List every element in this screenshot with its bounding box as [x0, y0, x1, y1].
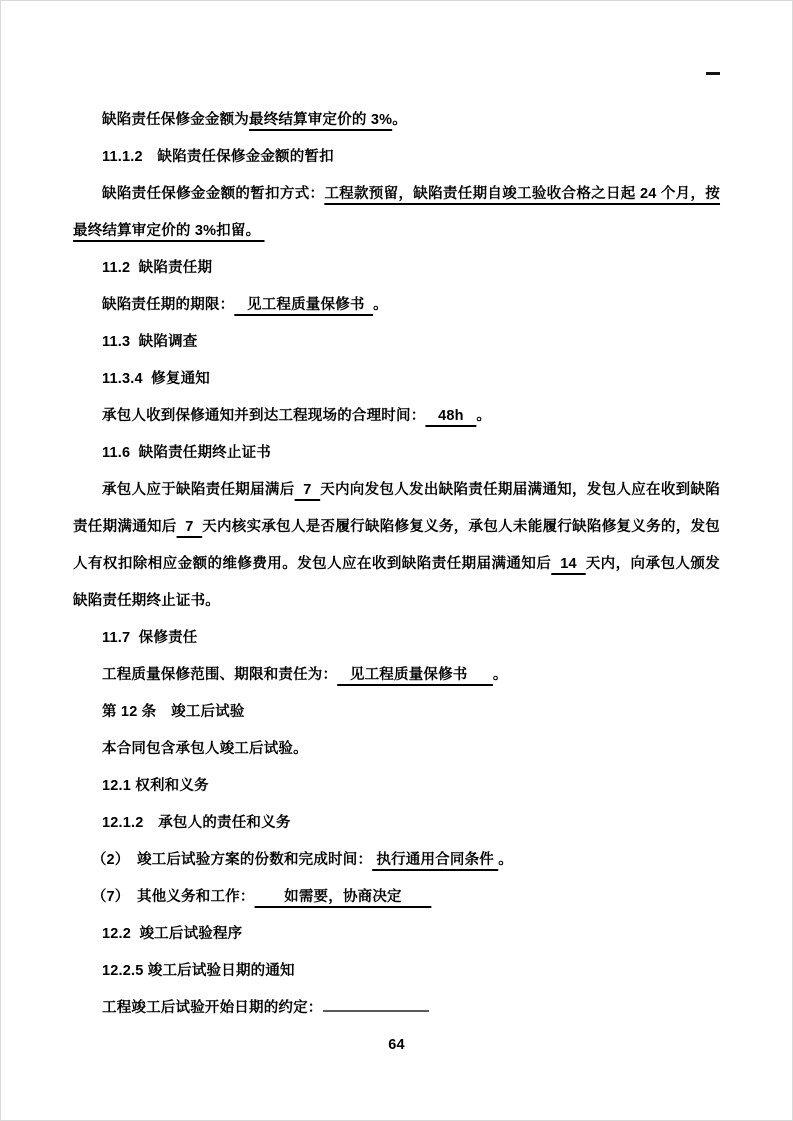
header-dash-icon [706, 72, 720, 75]
text-segment: （7） 其他义务和工作： [92, 889, 255, 905]
text-segment: 。 [498, 852, 513, 868]
text-segment: 承包人收到保修通知并到达工程现场的合理时间： [102, 408, 425, 424]
heading-text: 11.2 缺陷责任期 [102, 260, 212, 276]
heading-11-7: 11.7 保修责任 [73, 620, 720, 657]
heading-text: 11.6 缺陷责任期终止证书 [102, 445, 271, 461]
heading-11-6: 11.6 缺陷责任期终止证书 [73, 435, 720, 472]
heading-text: 11.3 缺陷调查 [102, 334, 197, 350]
heading-11-3-4: 11.3.4 修复通知 [73, 361, 720, 398]
blank-underline [323, 997, 429, 1012]
document-page: 缺陷责任保修金金额为最终结算审定价的 3%。 11.1.2 缺陷责任保修金金额的… [0, 0, 793, 1121]
text-segment: 承包人应于缺陷责任期届满后 [102, 482, 295, 498]
paragraph-test-start-date: 工程竣工后试验开始日期的约定： [73, 990, 720, 1027]
heading-text: 12.2 竣工后试验程序 [102, 926, 242, 942]
heading-text: 11.7 保修责任 [102, 630, 197, 646]
text-segment: 。 [373, 297, 388, 313]
heading-11-1-2: 11.1.2 缺陷责任保修金金额的暂扣 [73, 139, 720, 176]
heading-text: 12.1.2 承包人的责任和义务 [102, 815, 291, 831]
paragraph-defect-liability-period: 缺陷责任期的期限： 见工程质量保修书 。 [73, 287, 720, 324]
text-segment: （2） 竣工后试验方案的份数和完成时间： [92, 852, 372, 868]
underlined-value: 执行通用合同条件 [372, 852, 498, 868]
underlined-value: 见工程质量保修书 [337, 667, 493, 683]
heading-12-1: 12.1 权利和义务 [73, 768, 720, 805]
text-segment: 缺陷责任保修金金额的暂扣方式： [102, 186, 324, 202]
heading-11-3: 11.3 缺陷调查 [73, 324, 720, 361]
underlined-value: 7 [177, 519, 203, 535]
heading-11-2: 11.2 缺陷责任期 [73, 250, 720, 287]
paragraph-repair-notice-time: 承包人收到保修通知并到达工程现场的合理时间： 48h 。 [73, 398, 720, 435]
underlined-value: 最终结算审定价的 3% [249, 112, 392, 128]
heading-article-12: 第 12 条 竣工后试验 [73, 694, 720, 731]
text-segment: 缺陷责任保修金金额为 [102, 112, 249, 128]
paragraph-tests-after-completion: 本合同包含承包人竣工后试验。 [73, 731, 720, 768]
heading-text: 11.1.2 缺陷责任保修金金额的暂扣 [102, 149, 334, 165]
heading-12-1-2: 12.1.2 承包人的责任和义务 [73, 805, 720, 842]
list-item-2: （2） 竣工后试验方案的份数和完成时间： 执行通用合同条件 。 [73, 842, 720, 879]
underlined-value: 见工程质量保修书 [234, 297, 373, 313]
underlined-value: 48h [425, 408, 476, 424]
paragraph-termination-certificate: 承包人应于缺陷责任期届满后 7 天内向发包人发出缺陷责任期届满通知，发包人应在收… [73, 472, 720, 620]
text-segment: 。 [476, 408, 491, 424]
text-segment: 工程质量保修范围、期限和责任为： [102, 667, 337, 683]
paragraph-defect-retention-amount: 缺陷责任保修金金额为最终结算审定价的 3%。 [73, 102, 720, 139]
text-segment: 本合同包含承包人竣工后试验。 [102, 741, 308, 757]
underlined-value: 如需要，协商决定 [255, 889, 432, 905]
paragraph-retention-withholding: 缺陷责任保修金金额的暂扣方式：工程款预留，缺陷责任期自竣工验收合格之日起 24 … [73, 176, 720, 250]
list-item-7: （7） 其他义务和工作： 如需要，协商决定 [73, 879, 720, 916]
text-segment: 。 [392, 112, 407, 128]
underlined-value: 7 [295, 482, 321, 498]
heading-text: 12.2.5 竣工后试验日期的通知 [102, 963, 295, 979]
heading-12-2-5: 12.2.5 竣工后试验日期的通知 [73, 953, 720, 990]
text-segment: 。 [493, 667, 508, 683]
document-body: 缺陷责任保修金金额为最终结算审定价的 3%。 11.1.2 缺陷责任保修金金额的… [73, 102, 720, 1064]
heading-text: 第 12 条 竣工后试验 [102, 704, 245, 720]
heading-text: 12.1 权利和义务 [102, 778, 209, 794]
heading-text: 11.3.4 修复通知 [102, 371, 210, 387]
text-segment: 缺陷责任期的期限： [102, 297, 234, 313]
underlined-value: 14 [551, 556, 585, 572]
paragraph-warranty-scope: 工程质量保修范围、期限和责任为： 见工程质量保修书 。 [73, 657, 720, 694]
page-number: 64 [73, 1027, 720, 1064]
text-segment: 工程竣工后试验开始日期的约定： [102, 1000, 323, 1016]
heading-12-2: 12.2 竣工后试验程序 [73, 916, 720, 953]
